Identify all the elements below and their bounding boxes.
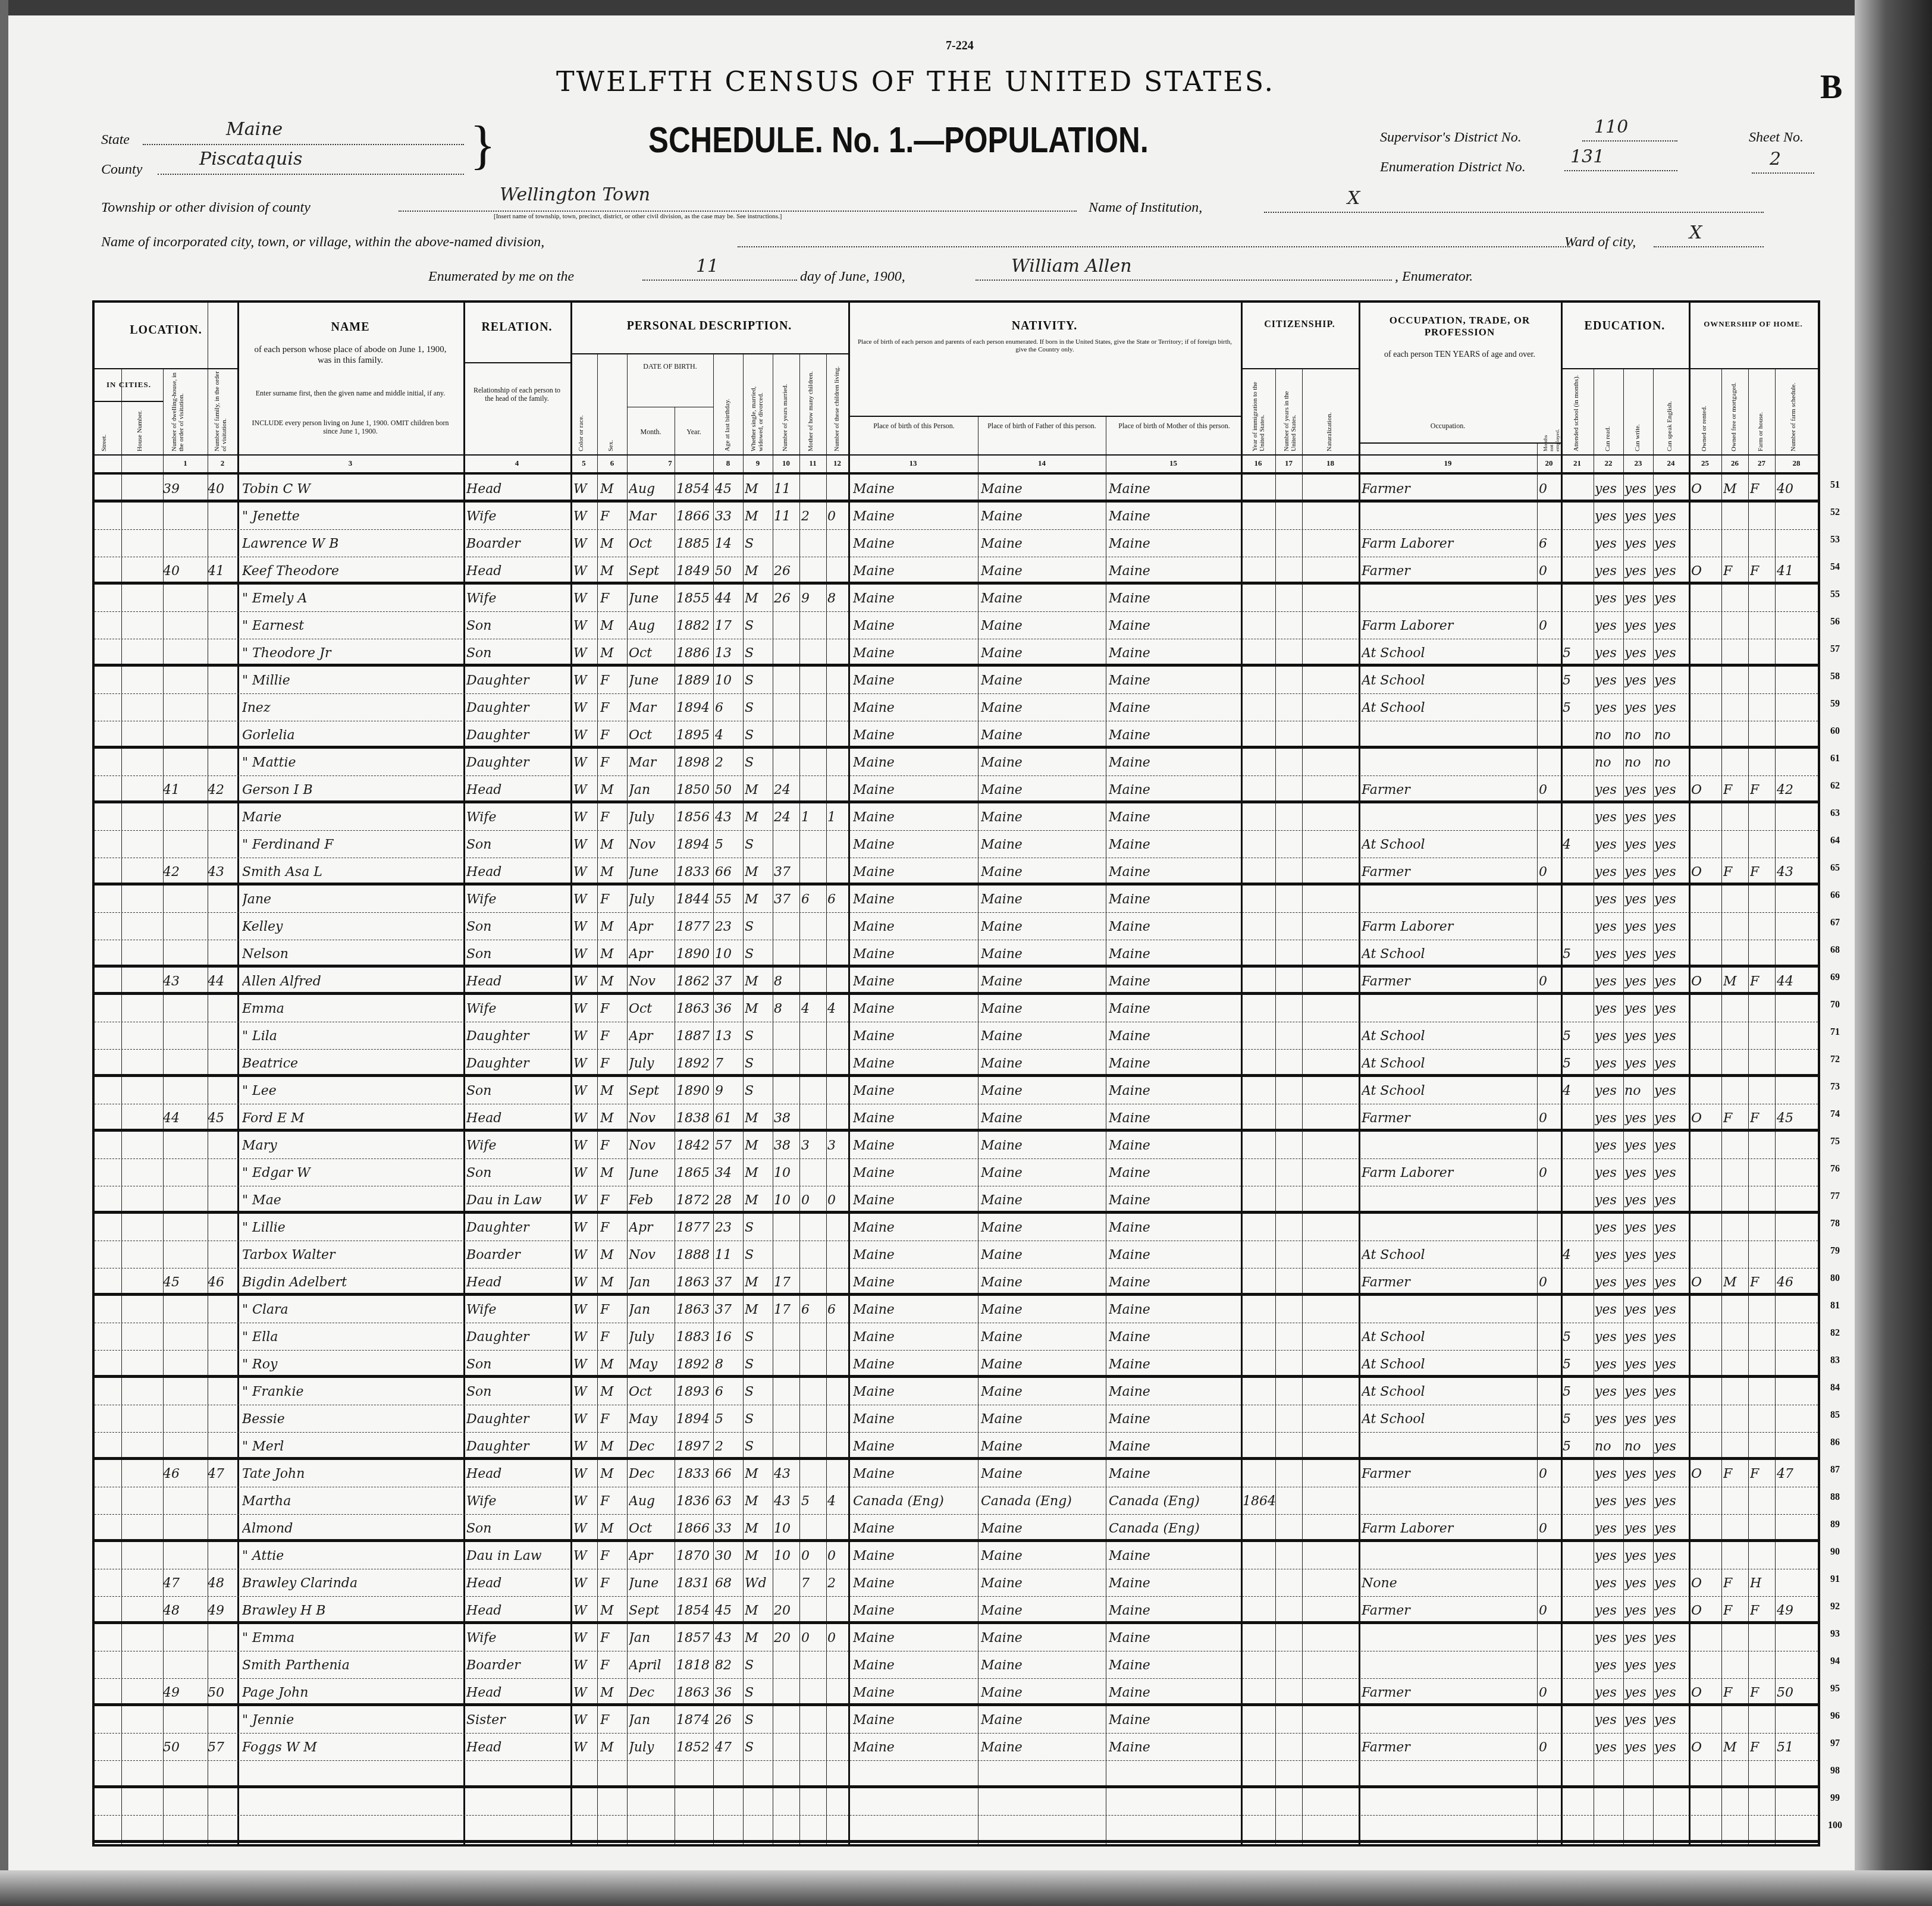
section-personal-description: PERSONAL DESCRIPTION. bbox=[570, 319, 848, 333]
cell-occupation bbox=[1362, 505, 1537, 529]
cell-mother bbox=[801, 478, 826, 501]
cell-relation: Dau in Law bbox=[466, 1189, 570, 1213]
enumeration-field: 131 bbox=[1564, 146, 1677, 171]
cell-school: 5 bbox=[1563, 1408, 1594, 1431]
cell-age: 43 bbox=[715, 1626, 743, 1650]
cell-english: yes bbox=[1654, 888, 1689, 912]
cell-age: 45 bbox=[715, 1599, 743, 1623]
cell-mother-birth: Maine bbox=[1109, 724, 1241, 748]
cell-father-birth: Maine bbox=[981, 861, 1106, 884]
line-number: 76 bbox=[1823, 1164, 1847, 1175]
cell-years-us bbox=[1277, 915, 1302, 939]
cell-family bbox=[208, 1353, 237, 1377]
cell-farm bbox=[1750, 724, 1775, 748]
cell-read: yes bbox=[1595, 1709, 1623, 1732]
cell-farm bbox=[1750, 1161, 1775, 1185]
cell-read: yes bbox=[1595, 861, 1623, 884]
line-number: 70 bbox=[1823, 1000, 1847, 1010]
cell-dwelling: 47 bbox=[163, 1572, 208, 1596]
cell-english: yes bbox=[1654, 560, 1689, 583]
state-label: State bbox=[101, 132, 130, 148]
cell-yrs-married: 43 bbox=[774, 1462, 799, 1486]
cell-mother bbox=[801, 1654, 826, 1678]
census-title: TWELFTH CENSUS OF THE UNITED STATES. bbox=[556, 65, 1275, 98]
cell-birth: Maine bbox=[853, 915, 978, 939]
cell-free: M bbox=[1723, 478, 1748, 501]
cell-years-us bbox=[1277, 1736, 1302, 1760]
cell-mother-birth: Maine bbox=[1109, 778, 1241, 802]
table-row: AlmondSonWMOct186633M10MaineMaineCanada … bbox=[95, 1515, 1818, 1542]
line-number: 52 bbox=[1823, 507, 1847, 518]
cell-father-birth: Maine bbox=[981, 1626, 1106, 1650]
cell-dwelling bbox=[163, 915, 208, 939]
cell-owned bbox=[1691, 1025, 1721, 1048]
cell-mother-birth: Maine bbox=[1109, 532, 1241, 556]
cell-living bbox=[827, 1435, 848, 1459]
line-number: 83 bbox=[1823, 1355, 1847, 1366]
cell-birth: Maine bbox=[853, 1599, 978, 1623]
cell-marital: M bbox=[745, 1462, 773, 1486]
cell-natur bbox=[1304, 1681, 1359, 1705]
cell-living bbox=[827, 970, 848, 994]
cell-dwelling: 48 bbox=[163, 1599, 208, 1623]
cell-birth: Maine bbox=[853, 861, 978, 884]
cell-name: Martha bbox=[242, 1490, 462, 1514]
cell-father-birth: Maine bbox=[981, 1353, 1106, 1377]
cell-family: 45 bbox=[208, 1107, 237, 1131]
cell-dwelling bbox=[163, 1380, 208, 1404]
cell-age: 34 bbox=[715, 1161, 743, 1185]
cell-mother-birth: Maine bbox=[1109, 1709, 1241, 1732]
cell-write: no bbox=[1624, 724, 1653, 748]
cell-school bbox=[1563, 1298, 1594, 1322]
cell-birth: Maine bbox=[853, 669, 978, 693]
cell-family: 50 bbox=[208, 1681, 237, 1705]
cell-family bbox=[208, 806, 237, 830]
cell-occupation bbox=[1362, 888, 1537, 912]
section-occupation: OCCUPATION, TRADE, OR PROFESSION bbox=[1359, 315, 1561, 338]
cell-owned bbox=[1691, 696, 1721, 720]
table-row bbox=[95, 1816, 1818, 1843]
cell-immig bbox=[1243, 778, 1275, 802]
cell-family bbox=[208, 1244, 237, 1267]
cell-natur bbox=[1304, 1353, 1359, 1377]
cell-english: yes bbox=[1654, 1079, 1689, 1103]
table-row: Tarbox WalterBoarderWMNov188811SMaineMai… bbox=[95, 1241, 1818, 1268]
cell-father-birth: Maine bbox=[981, 642, 1106, 665]
cell-occupation bbox=[1362, 1654, 1537, 1678]
cell-farm-no: 41 bbox=[1777, 560, 1818, 583]
cell-yrs-married: 24 bbox=[774, 806, 799, 830]
township-label: Township or other division of county bbox=[101, 200, 310, 216]
cell-free bbox=[1723, 1791, 1748, 1814]
cell-free bbox=[1723, 1134, 1748, 1158]
cell-school bbox=[1563, 1134, 1594, 1158]
cell-dwelling bbox=[163, 1408, 208, 1431]
cell-school bbox=[1563, 861, 1594, 884]
cell-farm bbox=[1750, 532, 1775, 556]
cell-color: W bbox=[573, 1134, 597, 1158]
cell-year: 1883 bbox=[676, 1326, 713, 1349]
cell-color: W bbox=[573, 1052, 597, 1076]
cell-school bbox=[1563, 1216, 1594, 1240]
cell-marital: S bbox=[745, 642, 773, 665]
cell-read: yes bbox=[1595, 1298, 1623, 1322]
cell-age: 5 bbox=[715, 833, 743, 857]
enumerator-label: , Enumerator. bbox=[1395, 269, 1473, 285]
cell-years-us bbox=[1277, 696, 1302, 720]
cell-age: 14 bbox=[715, 532, 743, 556]
cell-years-us bbox=[1277, 1134, 1302, 1158]
table-row: InezDaughterWFMar18946SMaineMaineMaineAt… bbox=[95, 694, 1818, 721]
cell-english: yes bbox=[1654, 1626, 1689, 1650]
line-number: 65 bbox=[1823, 863, 1847, 874]
cell-farm-no bbox=[1777, 1572, 1818, 1596]
cell-occupation bbox=[1362, 1626, 1537, 1650]
colnum-18: 18 bbox=[1302, 459, 1359, 468]
cell-family bbox=[208, 1490, 237, 1514]
cell-birth: Maine bbox=[853, 1025, 978, 1048]
cell-living bbox=[827, 696, 848, 720]
state-value: Maine bbox=[226, 119, 283, 140]
cell-father-birth: Maine bbox=[981, 1709, 1106, 1732]
cell-farm-no bbox=[1777, 806, 1818, 830]
cell-marital: S bbox=[745, 943, 773, 966]
cell-father-birth: Maine bbox=[981, 833, 1106, 857]
cell-read bbox=[1595, 1818, 1623, 1842]
cell-mother bbox=[801, 1599, 826, 1623]
cell-year: 1890 bbox=[676, 943, 713, 966]
cell-farm bbox=[1750, 1654, 1775, 1678]
cell-owned bbox=[1691, 1326, 1721, 1349]
cell-years-us bbox=[1277, 505, 1302, 529]
colnum-26: 26 bbox=[1721, 459, 1748, 468]
scan-border-right bbox=[1855, 0, 1932, 1906]
cell-father-birth: Maine bbox=[981, 778, 1106, 802]
cell-father-birth: Maine bbox=[981, 1326, 1106, 1349]
cell-farm-no bbox=[1777, 1380, 1818, 1404]
cell-months-unemp bbox=[1539, 1079, 1561, 1103]
cell-years-us bbox=[1277, 833, 1302, 857]
cell-birth: Maine bbox=[853, 833, 978, 857]
cell-year: 1838 bbox=[676, 1107, 713, 1131]
cell-years-us bbox=[1277, 751, 1302, 775]
cell-occupation: Farmer bbox=[1362, 1736, 1537, 1760]
cell-immig bbox=[1243, 915, 1275, 939]
cell-natur bbox=[1304, 833, 1359, 857]
cell-free bbox=[1723, 642, 1748, 665]
cell-mother-birth: Maine bbox=[1109, 1462, 1241, 1486]
cell-owned: O bbox=[1691, 1107, 1721, 1131]
cell-mother bbox=[801, 915, 826, 939]
cell-month: Apr bbox=[629, 1216, 675, 1240]
cell-english: yes bbox=[1654, 1244, 1689, 1267]
cell-farm-no bbox=[1777, 587, 1818, 611]
cell-age: 55 bbox=[715, 888, 743, 912]
cell-dwelling bbox=[163, 1161, 208, 1185]
col-sex: Sex. bbox=[607, 359, 614, 451]
cell-farm bbox=[1750, 1052, 1775, 1076]
cell-immig bbox=[1243, 1298, 1275, 1322]
cell-color: W bbox=[573, 560, 597, 583]
cell-read: yes bbox=[1595, 1599, 1623, 1623]
cell-sex: M bbox=[600, 1435, 627, 1459]
cell-relation: Boarder bbox=[466, 1244, 570, 1267]
enumerated-prefix: Enumerated by me on the bbox=[428, 269, 574, 285]
line-number: 95 bbox=[1823, 1684, 1847, 1694]
cell-relation: Head bbox=[466, 1736, 570, 1760]
township-note: [Insert name of township, town, precinct… bbox=[494, 213, 782, 220]
cell-farm-no bbox=[1777, 1490, 1818, 1514]
cell-read: yes bbox=[1595, 1052, 1623, 1076]
cell-farm-no bbox=[1777, 642, 1818, 665]
cell-months-unemp: 0 bbox=[1539, 1517, 1561, 1541]
line-number: 60 bbox=[1823, 726, 1847, 737]
cell-year bbox=[676, 1763, 713, 1787]
cell-occupation: Farmer bbox=[1362, 1271, 1537, 1295]
cell-farm bbox=[1750, 1818, 1775, 1842]
cell-owned bbox=[1691, 915, 1721, 939]
colnum-4: 4 bbox=[463, 459, 570, 468]
cell-dwelling bbox=[163, 1791, 208, 1814]
cell-mother-birth: Maine bbox=[1109, 614, 1241, 638]
cell-family: 40 bbox=[208, 478, 237, 501]
cell-relation: Daughter bbox=[466, 1326, 570, 1349]
cell-year: 1836 bbox=[676, 1490, 713, 1514]
cell-dwelling bbox=[163, 1298, 208, 1322]
cell-farm bbox=[1750, 1189, 1775, 1213]
cell-read: yes bbox=[1595, 915, 1623, 939]
cell-immig bbox=[1243, 478, 1275, 501]
cell-free: F bbox=[1723, 1462, 1748, 1486]
cell-months-unemp bbox=[1539, 642, 1561, 665]
cell-mother-birth: Maine bbox=[1109, 1736, 1241, 1760]
cell-english: yes bbox=[1654, 1462, 1689, 1486]
col-immigration-year: Year of immigration to the United States… bbox=[1252, 374, 1266, 451]
cell-dwelling bbox=[163, 1709, 208, 1732]
cell-natur bbox=[1304, 1380, 1359, 1404]
line-number: 72 bbox=[1823, 1054, 1847, 1065]
cell-months-unemp bbox=[1539, 1408, 1561, 1431]
cell-occupation bbox=[1362, 1435, 1537, 1459]
cell-color: W bbox=[573, 1709, 597, 1732]
cell-relation: Sister bbox=[466, 1709, 570, 1732]
cell-school: 5 bbox=[1563, 1052, 1594, 1076]
cell-read: yes bbox=[1595, 943, 1623, 966]
cell-immig bbox=[1243, 1736, 1275, 1760]
cell-color: W bbox=[573, 1572, 597, 1596]
cell-family bbox=[208, 915, 237, 939]
cell-dwelling bbox=[163, 1435, 208, 1459]
cell-birth: Maine bbox=[853, 806, 978, 830]
table-row: BeatriceDaughterWFJuly18927SMaineMaineMa… bbox=[95, 1050, 1818, 1077]
cell-age: 33 bbox=[715, 505, 743, 529]
cell-natur bbox=[1304, 696, 1359, 720]
table-row: " JennieSisterWFJan187426SMaineMaineMain… bbox=[95, 1706, 1818, 1734]
cell-read: yes bbox=[1595, 1544, 1623, 1568]
colnum-23: 23 bbox=[1623, 459, 1653, 468]
cell-marital: S bbox=[745, 532, 773, 556]
cell-mother-birth: Maine bbox=[1109, 1626, 1241, 1650]
cell-living bbox=[827, 1107, 848, 1131]
cell-write: yes bbox=[1624, 833, 1653, 857]
cell-natur bbox=[1304, 943, 1359, 966]
supervisor-field: 110 bbox=[1582, 117, 1677, 142]
cell-living bbox=[827, 861, 848, 884]
cell-years-us bbox=[1277, 1052, 1302, 1076]
cell-school bbox=[1563, 1763, 1594, 1787]
cell-color: W bbox=[573, 1490, 597, 1514]
cell-birth: Maine bbox=[853, 642, 978, 665]
cell-name: " Frankie bbox=[242, 1380, 462, 1404]
cell-yrs-married bbox=[774, 614, 799, 638]
cell-month: Oct bbox=[629, 532, 675, 556]
cell-years-us bbox=[1277, 532, 1302, 556]
section-ownership: OWNERSHIP OF HOME. bbox=[1689, 319, 1818, 329]
cell-age: 2 bbox=[715, 1435, 743, 1459]
cell-sex: M bbox=[600, 614, 627, 638]
cell-immig bbox=[1243, 1189, 1275, 1213]
cell-month: April bbox=[629, 1654, 675, 1678]
cell-school bbox=[1563, 970, 1594, 994]
cell-farm bbox=[1750, 1408, 1775, 1431]
cell-mother: 1 bbox=[801, 806, 826, 830]
cell-name: Emma bbox=[242, 997, 462, 1021]
cell-occupation bbox=[1362, 1544, 1537, 1568]
cell-family: 42 bbox=[208, 778, 237, 802]
cell-family bbox=[208, 1544, 237, 1568]
cell-farm bbox=[1750, 1626, 1775, 1650]
cell-months-unemp bbox=[1539, 1189, 1561, 1213]
cell-owned bbox=[1691, 1244, 1721, 1267]
cell-farm-no: 50 bbox=[1777, 1681, 1818, 1705]
cell-owned bbox=[1691, 833, 1721, 857]
cell-english: yes bbox=[1654, 642, 1689, 665]
cell-mother-birth: Maine bbox=[1109, 1189, 1241, 1213]
cell-age bbox=[715, 1818, 743, 1842]
occupation-description: of each person TEN YEARS of age and over… bbox=[1368, 350, 1552, 360]
cell-write: yes bbox=[1624, 943, 1653, 966]
cell-natur bbox=[1304, 1216, 1359, 1240]
cell-school bbox=[1563, 1599, 1594, 1623]
cell-name bbox=[242, 1763, 462, 1787]
cell-sex: F bbox=[600, 1052, 627, 1076]
cell-father-birth: Maine bbox=[981, 1435, 1106, 1459]
line-number: 63 bbox=[1823, 808, 1847, 819]
cell-occupation: At School bbox=[1362, 669, 1537, 693]
cell-month: May bbox=[629, 1408, 675, 1431]
cell-write: yes bbox=[1624, 696, 1653, 720]
cell-english: yes bbox=[1654, 1189, 1689, 1213]
cell-marital: M bbox=[745, 1599, 773, 1623]
cell-farm-no bbox=[1777, 1763, 1818, 1787]
cell-month: Mar bbox=[629, 505, 675, 529]
cell-english: yes bbox=[1654, 1572, 1689, 1596]
cell-marital: S bbox=[745, 724, 773, 748]
cell-school bbox=[1563, 1654, 1594, 1678]
cell-age bbox=[715, 1791, 743, 1814]
cell-marital: M bbox=[745, 778, 773, 802]
cell-years-us bbox=[1277, 1435, 1302, 1459]
table-row bbox=[95, 1788, 1818, 1816]
cell-free: M bbox=[1723, 1271, 1748, 1295]
cell-yrs-married bbox=[774, 669, 799, 693]
cell-sex: F bbox=[600, 1572, 627, 1596]
cell-month: Dec bbox=[629, 1435, 675, 1459]
cell-school bbox=[1563, 1736, 1594, 1760]
cell-month: June bbox=[629, 1161, 675, 1185]
cell-name: Nelson bbox=[242, 943, 462, 966]
cell-farm-no bbox=[1777, 1818, 1818, 1842]
cell-marital bbox=[745, 1763, 773, 1787]
cell-age: 11 bbox=[715, 1244, 743, 1267]
cell-english: yes bbox=[1654, 1271, 1689, 1295]
cell-birth: Maine bbox=[853, 1435, 978, 1459]
cell-free bbox=[1723, 1818, 1748, 1842]
cell-living bbox=[827, 1216, 848, 1240]
cell-mother bbox=[801, 1107, 826, 1131]
cell-write: yes bbox=[1624, 1298, 1653, 1322]
cell-english: yes bbox=[1654, 778, 1689, 802]
cell-year bbox=[676, 1791, 713, 1814]
cell-natur bbox=[1304, 642, 1359, 665]
cell-mother-birth: Maine bbox=[1109, 915, 1241, 939]
cell-occupation: Farmer bbox=[1362, 1681, 1537, 1705]
cell-yrs-married: 10 bbox=[774, 1517, 799, 1541]
cell-family bbox=[208, 833, 237, 857]
cell-dwelling bbox=[163, 532, 208, 556]
cell-mother-birth: Maine bbox=[1109, 1298, 1241, 1322]
cell-school bbox=[1563, 1490, 1594, 1514]
cell-birth: Maine bbox=[853, 1134, 978, 1158]
cell-mother bbox=[801, 1353, 826, 1377]
cell-occupation: At School bbox=[1362, 1353, 1537, 1377]
cell-marital: S bbox=[745, 1052, 773, 1076]
cell-immig bbox=[1243, 1626, 1275, 1650]
cell-write: yes bbox=[1624, 478, 1653, 501]
cell-living bbox=[827, 1462, 848, 1486]
cell-color: W bbox=[573, 1216, 597, 1240]
cell-birth: Maine bbox=[853, 1709, 978, 1732]
cell-birth bbox=[853, 1763, 978, 1787]
cell-farm bbox=[1750, 1353, 1775, 1377]
cell-read: yes bbox=[1595, 997, 1623, 1021]
cell-natur bbox=[1304, 1599, 1359, 1623]
cell-mother-birth: Maine bbox=[1109, 642, 1241, 665]
cell-english: yes bbox=[1654, 478, 1689, 501]
cell-living: 4 bbox=[827, 1490, 848, 1514]
cell-year: 1833 bbox=[676, 1462, 713, 1486]
cell-years-us bbox=[1277, 943, 1302, 966]
cell-dwelling bbox=[163, 1626, 208, 1650]
cell-natur bbox=[1304, 1572, 1359, 1596]
cell-english: no bbox=[1654, 751, 1689, 775]
cell-immig bbox=[1243, 1052, 1275, 1076]
cell-write: yes bbox=[1624, 1599, 1653, 1623]
cell-write bbox=[1624, 1791, 1653, 1814]
table-row: 4243Smith Asa LHeadWMJune183366M37MaineM… bbox=[95, 858, 1818, 886]
cell-english: yes bbox=[1654, 1326, 1689, 1349]
cell-month: Sept bbox=[629, 1599, 675, 1623]
cell-father-birth: Maine bbox=[981, 1599, 1106, 1623]
cell-relation: Head bbox=[466, 1681, 570, 1705]
table-row: JaneWifeWFJuly184455M3766MaineMaineMaine… bbox=[95, 886, 1818, 913]
cell-year: 1877 bbox=[676, 1216, 713, 1240]
cell-write: yes bbox=[1624, 915, 1653, 939]
cell-living: 0 bbox=[827, 1189, 848, 1213]
cell-month: Sept bbox=[629, 1079, 675, 1103]
cell-color: W bbox=[573, 943, 597, 966]
